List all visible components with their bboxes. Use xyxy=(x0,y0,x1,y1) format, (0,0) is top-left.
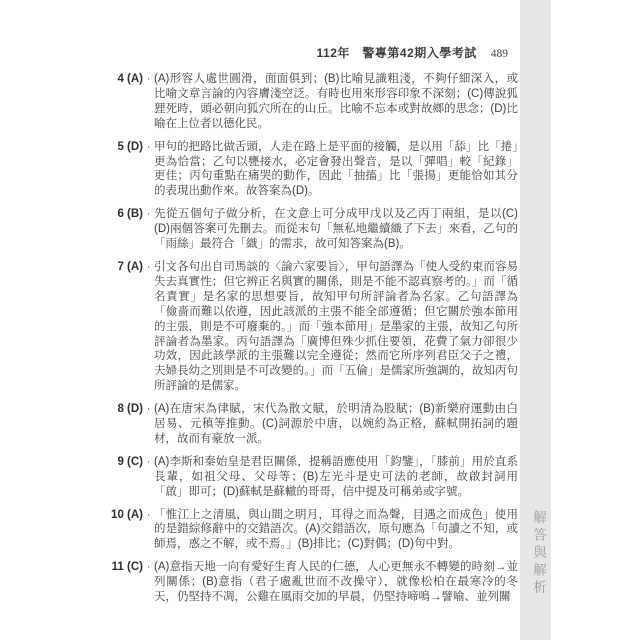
item-number-answer: 6 (B) xyxy=(96,207,143,222)
answer-item-5: 5 (D) · 甲句的把路比做舌頭，人走在路上是平面的接觸，是以用「舔」比「捲」… xyxy=(96,140,520,200)
label-separator: · xyxy=(143,72,154,87)
item-number-answer: 5 (D) xyxy=(96,140,143,155)
item-number-answer: 11 (C) xyxy=(96,560,143,575)
item-number-answer: 10 (A) xyxy=(96,508,143,523)
item-explanation: (A)在唐宋為律賦，宋代為散文賦，於明清為股賦；(B)新樂府運動由白居易、元稹等… xyxy=(154,402,518,447)
item-explanation: (A)形容人處世圓滑，面面俱到；(B)比喻見識粗淺，不夠仔細深入，或比喻文章言論… xyxy=(154,72,518,132)
thumb-index-band: 解答與解析 xyxy=(520,0,551,640)
page-number: 489 xyxy=(491,48,508,60)
item-explanation: 先從五個句子做分析，在文意上可分成甲戊以及乙丙丁兩組，是以(C)(D)兩個答案可… xyxy=(154,207,518,252)
label-separator: · xyxy=(143,402,154,417)
item-number-answer: 9 (C) xyxy=(96,455,143,470)
answer-item-10: 10 (A) · 「惟江上之清風，與山間之明月，耳得之而為聲，目遇之而成色」使用… xyxy=(96,508,520,553)
label-separator: · xyxy=(143,455,154,470)
answer-item-11: 11 (C) · (A)意指天地一向有愛好生育人民的仁德，人心更無永不轉變的時刻… xyxy=(96,560,520,605)
answer-item-6: 6 (B) · 先從五個句子做分析，在文意上可分成甲戊以及乙丙丁兩組，是以(C)… xyxy=(96,207,520,252)
item-number-answer: 4 (A) xyxy=(96,72,143,87)
label-separator: · xyxy=(143,207,154,222)
section-tab-label: 解答與解析 xyxy=(528,510,548,598)
label-separator: · xyxy=(143,508,154,523)
label-separator: · xyxy=(143,560,154,575)
running-head: 112年 警專第42期入學考試489 xyxy=(317,44,508,61)
answer-item-8: 8 (D) · (A)在唐宋為律賦，宋代為散文賦，於明清為股賦；(B)新樂府運動… xyxy=(96,402,520,447)
label-separator: · xyxy=(143,260,154,275)
label-separator: · xyxy=(143,140,154,155)
answers-section: 4 (A) · (A)形容人處世圓滑，面面俱到；(B)比喻見識粗淺，不夠仔細深入… xyxy=(96,72,520,613)
item-number-answer: 8 (D) xyxy=(96,402,143,417)
item-explanation: (A)李斯和秦始皇是君臣關係，提稱語應使用「鈞鑒」，「膝前」用於直系長輩，如祖父… xyxy=(154,455,518,500)
answer-item-9: 9 (C) · (A)李斯和秦始皇是君臣關係，提稱語應使用「鈞鑒」，「膝前」用於… xyxy=(96,455,520,500)
answer-item-7: 7 (A) · 引文各句出自司馬談的〈論六家要旨〉，甲句語譯為「使人受約束而容易… xyxy=(96,260,520,394)
answer-item-4: 4 (A) · (A)形容人處世圓滑，面面俱到；(B)比喻見識粗淺，不夠仔細深入… xyxy=(96,72,520,132)
exam-title: 112年 警專第42期入學考試 xyxy=(317,46,477,60)
item-explanation: (A)意指天地一向有愛好生育人民的仁德，人心更無永不轉變的時刻→並列關係；(B)… xyxy=(154,560,518,605)
item-explanation: 引文各句出自司馬談的〈論六家要旨〉，甲句語譯為「使人受約束而容易失去真實性；但它… xyxy=(154,260,518,394)
item-number-answer: 7 (A) xyxy=(96,260,143,275)
item-explanation: 「惟江上之清風，與山間之明月，耳得之而為聲，目遇之而成色」使用的是錯綜修辭中的交… xyxy=(154,508,518,553)
book-page: 112年 警專第42期入學考試489 4 (A) · (A)形容人處世圓滑，面面… xyxy=(0,0,640,640)
item-explanation: 甲句的把路比做舌頭，人走在路上是平面的接觸，是以用「舔」比「捲」更為恰當；乙句以… xyxy=(154,140,518,200)
